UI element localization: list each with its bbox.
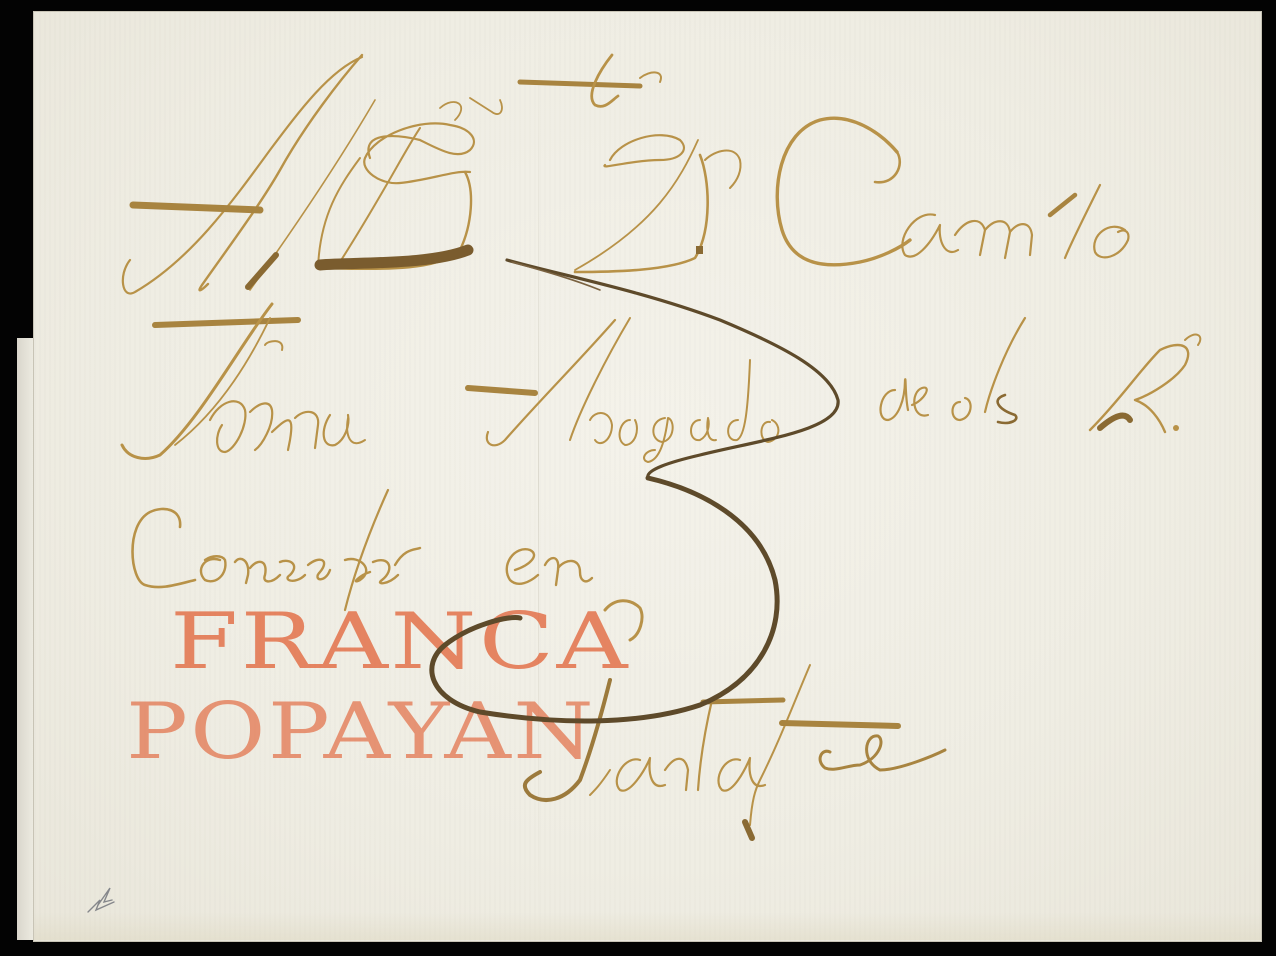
pencil-note xyxy=(0,0,1276,956)
cover-scan: FRANCA POPAYAN 3 A l Dr. Dn. D. Camilo T… xyxy=(0,0,1276,956)
